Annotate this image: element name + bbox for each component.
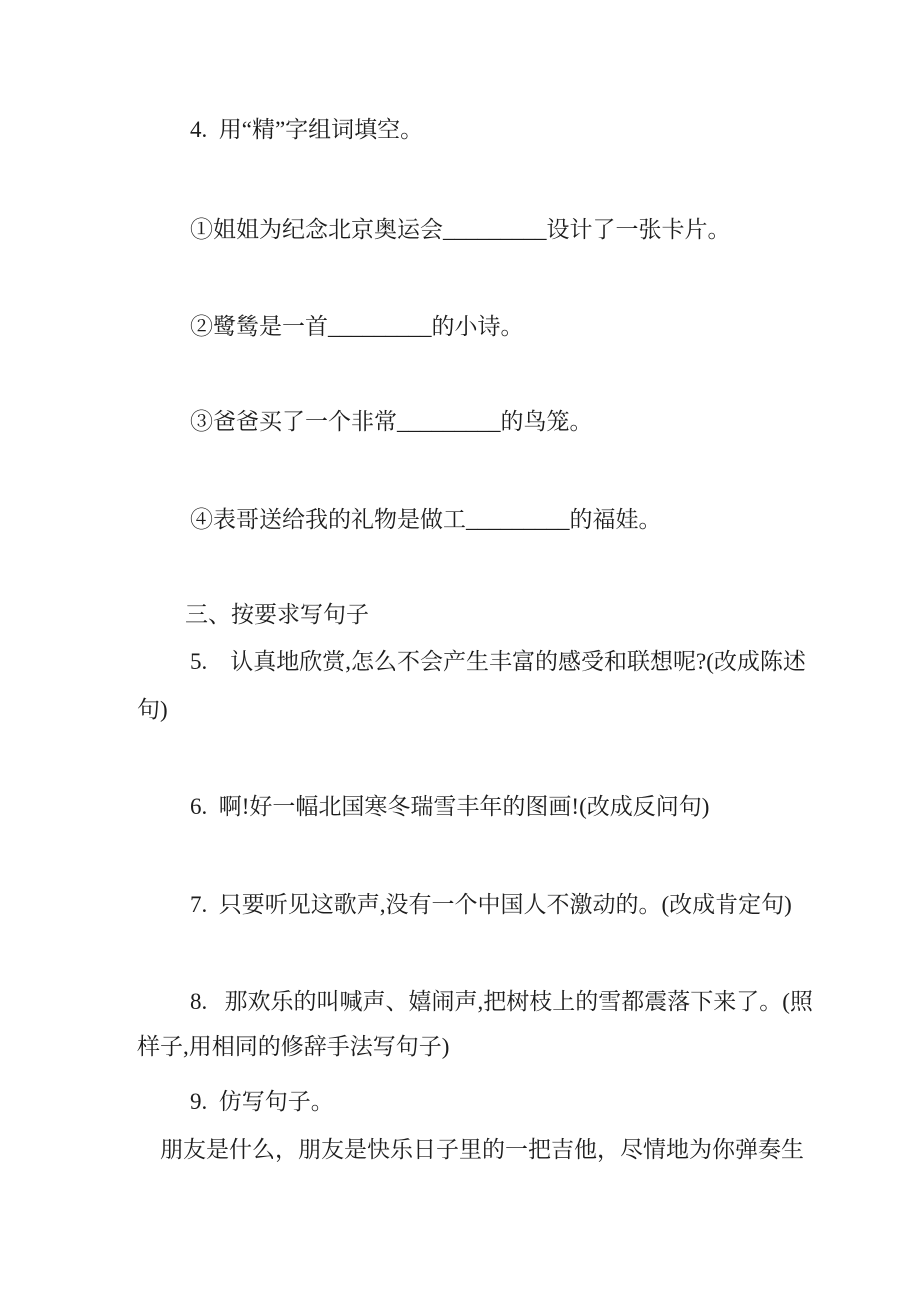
section-3-heading: 三、按要求写句子 [185, 599, 369, 631]
q8-line-2: 样子,用相同的修辞手法写句子) [137, 1031, 449, 1063]
q4-item-1: ①姐姐为纪念北京奥运会_________设计了一张卡片。 [190, 214, 731, 246]
q4-item-3: ③爸爸买了一个非常_________的鸟笼。 [190, 406, 593, 438]
q9-prompt: 9. 仿写句子。 [190, 1086, 334, 1118]
q4-item-2: ②鹭鸶是一首_________的小诗。 [190, 311, 524, 343]
q9-example-line: 朋友是什么，朋友是快乐日子里的一把吉他，尽情地为你弹奏生 [160, 1134, 804, 1166]
q5-line-2: 句) [137, 694, 168, 726]
q4-prompt: 4. 用“精”字组词填空。 [190, 114, 423, 146]
q8-line-1: 8. 那欢乐的叫喊声、嬉闹声,把树枝上的雪都震落下来了。(照 [190, 986, 813, 1018]
q6-prompt: 6. 啊!好一幅北国寒冬瑞雪丰年的图画!(改成反问句) [190, 791, 709, 823]
q5-line-1: 5. 认真地欣赏,怎么不会产生丰富的感受和联想呢?(改成陈述 [190, 646, 806, 678]
q7-prompt: 7. 只要听见这歌声,没有一个中国人不激动的。(改成肯定句) [190, 889, 792, 921]
q4-item-4: ④表哥送给我的礼物是做工_________的福娃。 [190, 504, 662, 536]
worksheet-page: 4. 用“精”字组词填空。 ①姐姐为纪念北京奥运会_________设计了一张卡… [0, 0, 920, 1302]
